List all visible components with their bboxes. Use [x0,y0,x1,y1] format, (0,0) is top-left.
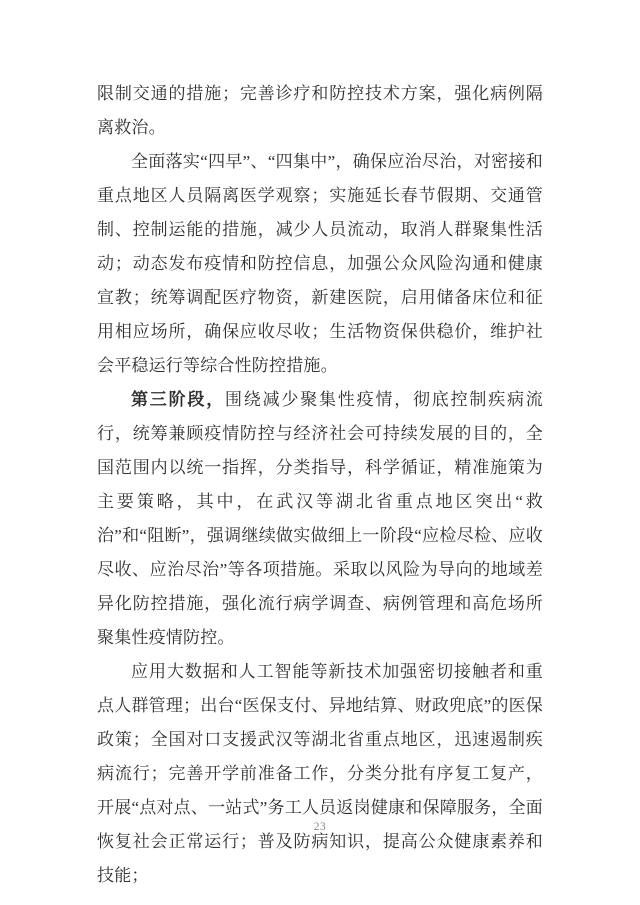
paragraph: 第三阶段，围绕减少聚集性疫情，彻底控制疾病流行，统筹兼顾疫情防控与经济社会可持续… [97,383,543,655]
paragraph: 应用大数据和人工智能等新技术加强密切接触者和重点人群管理；出台“医保支付、异地结… [97,655,543,893]
paragraph: 全面落实“四早”、“四集中”，确保应治尽治，对密接和重点地区人员隔离医学观察；实… [97,145,543,383]
page-number: 23 [314,821,327,833]
paragraph-lead-bold: 第三阶段， [131,390,225,409]
paragraph-text: 全面落实“四早”、“四集中”，确保应治尽治，对密接和重点地区人员隔离医学观察；实… [97,152,543,375]
page-footer: 23 [97,821,543,833]
paragraph-text: 限制交通的措施；完善诊疗和防控技术方案，强化病例隔离救治。 [97,84,543,137]
paragraph: 限制交通的措施；完善诊疗和防控技术方案，强化病例隔离救治。 [97,77,543,145]
paragraph-text: 围绕减少聚集性疫情，彻底控制疾病流行，统筹兼顾疫情防控与经济社会可持续发展的目的… [97,390,543,647]
document-page: 限制交通的措施；完善诊疗和防控技术方案，强化病例隔离救治。 全面落实“四早”、“… [0,0,640,905]
document-text-block: 限制交通的措施；完善诊疗和防控技术方案，强化病例隔离救治。 全面落实“四早”、“… [97,77,543,893]
paragraph-text: 应用大数据和人工智能等新技术加强密切接触者和重点人群管理；出台“医保支付、异地结… [97,662,543,885]
